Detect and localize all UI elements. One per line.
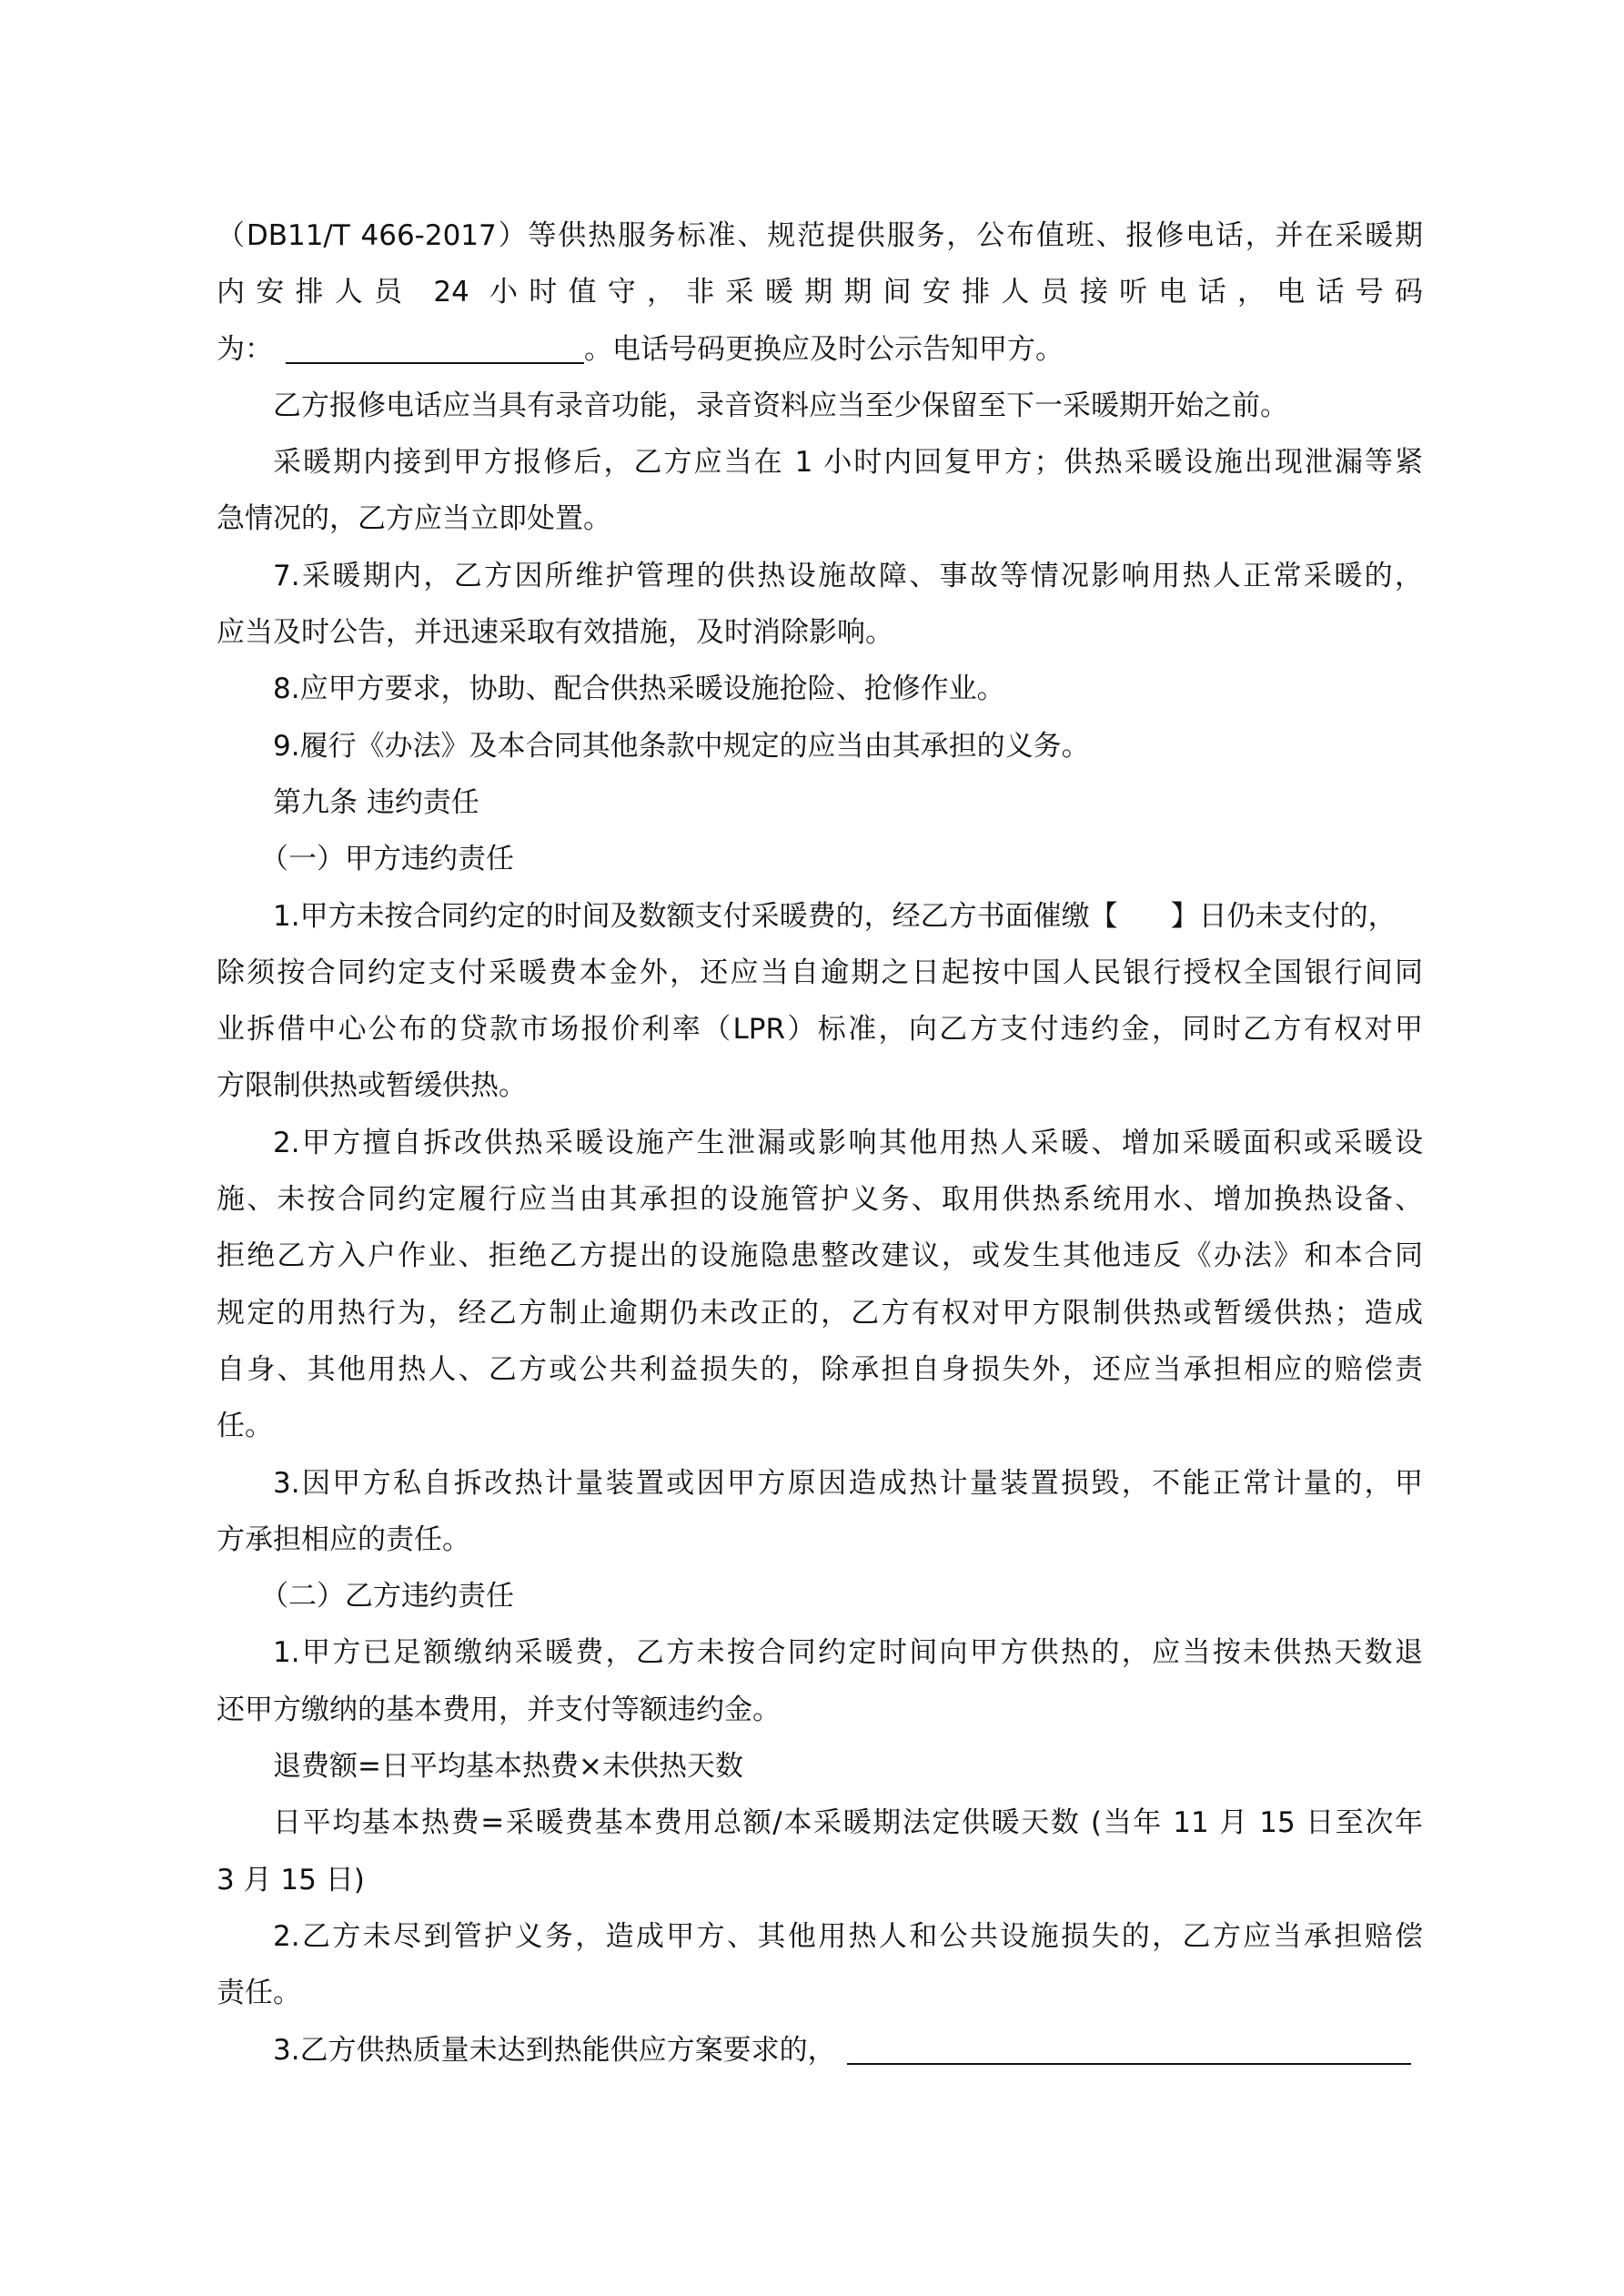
text-line: （DB11/T 466-2017）等供热服务标准、规范提供服务，公布值班、报修电… — [217, 207, 1423, 264]
text-line: 1.甲方已足额缴纳采暖费，乙方未按合同约定时间向甲方供热的，应当按未供热天数退 — [217, 1624, 1423, 1681]
text-line: 规定的用热行为，经乙方制止逾期仍未改正的，乙方有权对甲方限制供热或暂缓供热；造成 — [217, 1285, 1423, 1341]
text-line: 自身、其他用热人、乙方或公共利益损失的，除承担自身损失外，还应当承担相应的赔偿责 — [217, 1341, 1423, 1398]
text-line: 施、未按合同约定履行应当由其承担的设施管护义务、取用供热系统用水、增加换热设备、 — [217, 1171, 1423, 1228]
text-line: 方承担相应的责任。 — [217, 1512, 1423, 1568]
text-line: 8.应甲方要求，协助、配合供热采暖设施抢险、抢修作业。 — [217, 661, 1423, 717]
text-line: 应当及时公告，并迅速采取有效措施，及时消除影响。 — [217, 604, 1423, 661]
text-line: 责任。 — [217, 1965, 1423, 2021]
text-line: 急情况的，乙方应当立即处置。 — [217, 491, 1423, 547]
text-line: 内安排人员 24 小时值守，非采暖期期间安排人员接听电话，电话号码 — [217, 264, 1423, 320]
text-line: 2.甲方擅自拆改供热采暖设施产生泄漏或影响其他用热人采暖、增加采暖面积或采暖设 — [217, 1115, 1423, 1171]
text-line: 2.乙方未尽到管护义务，造成甲方、其他用热人和公共设施损失的，乙方应当承担赔偿 — [217, 1908, 1423, 1965]
formula-line: 日平均基本热费=采暖费基本费用总额/本采暖期法定供暖天数 (当年 11 月 15… — [217, 1795, 1423, 1851]
phone-label: 为： — [217, 333, 273, 366]
text-line: 采暖期内接到甲方报修后，乙方应当在 1 小时内回复甲方；供热采暖设施出现泄漏等紧 — [217, 434, 1423, 491]
text-line: 3.因甲方私自拆改热计量装置或因甲方原因造成热计量装置损毁，不能正常计量的，甲 — [217, 1455, 1423, 1512]
formula-line: 退费额=日平均基本热费×未供热天数 — [217, 1738, 1423, 1795]
text-span: 1.甲方未按合同约定的时间及数额支付采暖费的，经乙方书面催缴【 — [273, 900, 1118, 933]
text-span: 】日仍未支付的， — [1171, 900, 1397, 933]
phone-number-blank[interactable] — [286, 335, 584, 364]
text-line: 拒绝乙方入户作业、拒绝乙方提出的设施隐患整改建议，或发生其他违反《办法》和本合同 — [217, 1228, 1423, 1284]
text-line: 业拆借中心公布的贷款市场报价利率（LPR）标准，向乙方支付违约金，同时乙方有权对… — [217, 1001, 1423, 1057]
text-line: 3.乙方供热质量未达到热能供应方案要求的， — [217, 2022, 1423, 2079]
article-heading: 第九条 违约责任 — [217, 774, 1423, 831]
text-line: 除须按合同约定支付采暖费本金外，还应当自逾期之日起按中国人民银行授权全国银行间同 — [217, 945, 1423, 1001]
text-line: 7.采暖期内，乙方因所维护管理的供热设施故障、事故等情况影响用热人正常采暖的， — [217, 548, 1423, 604]
text-line: 乙方报修电话应当具有录音功能，录音资料应当至少保留至下一采暖期开始之前。 — [217, 378, 1423, 434]
remedy-blank[interactable] — [847, 2036, 1411, 2065]
text-line: 方限制供热或暂缓供热。 — [217, 1057, 1423, 1114]
section-heading: （二）乙方违约责任 — [217, 1568, 1423, 1624]
text-line: 任。 — [217, 1398, 1423, 1454]
document-page: （DB11/T 466-2017）等供热服务标准、规范提供服务，公布值班、报修电… — [217, 207, 1423, 2079]
text-span: 。电话号码更换应及时公示告知甲方。 — [584, 333, 1064, 366]
text-span: 3.乙方供热质量未达到热能供应方案要求的， — [273, 2034, 836, 2067]
text-line: 9.履行《办法》及本合同其他条款中规定的应当由其承担的义务。 — [217, 718, 1423, 774]
text-line: 为：。电话号码更换应及时公示告知甲方。 — [217, 321, 1423, 378]
text-line: 3 月 15 日) — [217, 1852, 1423, 1908]
section-heading: （一）甲方违约责任 — [217, 831, 1423, 887]
text-line: 还甲方缴纳的基本费用，并支付等额违约金。 — [217, 1682, 1423, 1738]
text-line: 1.甲方未按合同约定的时间及数额支付采暖费的，经乙方书面催缴【】日仍未支付的， — [217, 888, 1423, 945]
